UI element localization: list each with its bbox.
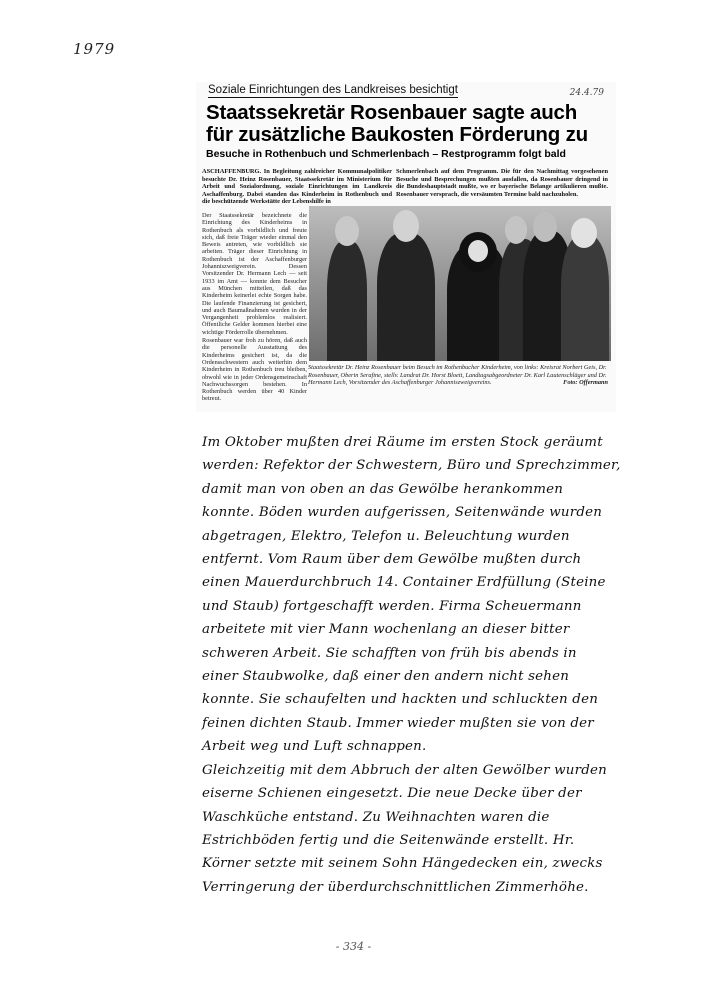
photo-credit: Foto: Offermann <box>563 379 608 387</box>
caption-text: Staatssekretär Dr. Heinz Rosenbauer beim… <box>308 364 607 386</box>
newspaper-clipping: Soziale Einrichtungen des Landkreises be… <box>196 82 616 412</box>
handwritten-line: konnte. Böden wurden aufgerissen, Seiten… <box>202 501 642 524</box>
clipping-kicker: Soziale Einrichtungen des Landkreises be… <box>208 84 458 98</box>
handwritten-line: damit man von oben an das Gewölbe herank… <box>202 478 642 501</box>
nun-face <box>468 240 488 262</box>
photo-caption: Staatssekretär Dr. Heinz Rosenbauer beim… <box>308 364 608 387</box>
year-label: 1979 <box>73 40 115 58</box>
person-head <box>505 216 527 244</box>
clipping-headline: Staatssekretär Rosenbauer sagte auch für… <box>206 102 616 146</box>
kicker-row: Soziale Einrichtungen des Landkreises be… <box>196 82 616 98</box>
handwritten-line: feinen dichten Staub. Immer wieder mußte… <box>202 712 642 735</box>
group-photo <box>309 206 611 361</box>
lead-paragraph-right: Schmerlenbach auf dem Programm. Die für … <box>396 168 608 198</box>
page-number: - 334 - <box>0 940 707 953</box>
handwritten-line: Verringerung der überdurchschnittlichen … <box>202 876 642 899</box>
handwritten-line: Arbeit weg und Luft schnappen. <box>202 735 642 758</box>
lead-paragraph-left: ASCHAFFENBURG. In Begleitung zahlreicher… <box>202 168 392 206</box>
handwritten-line: schweren Arbeit. Sie schafften von früh … <box>202 642 642 665</box>
handwritten-line: werden: Refektor der Schwestern, Büro un… <box>202 454 642 477</box>
handwritten-line: Waschküche entstand. Zu Weihnachten ware… <box>202 806 642 829</box>
body-paragraph: Der Staatssekretär bezeichnete die Einri… <box>202 212 307 336</box>
handwritten-line: konnte. Sie schaufelten und hackten und … <box>202 688 642 711</box>
body-paragraph: Rosenbauer war froh zu hören, daß auch d… <box>202 337 307 403</box>
handwritten-line: Estrichböden fertig und die Seitenwände … <box>202 829 642 852</box>
clipping-subhead: Besuche in Rothenbuch und Schmerlenbach … <box>206 148 616 160</box>
handwritten-line: arbeitete mit vier Mann wochenlang an di… <box>202 618 642 641</box>
person-head <box>393 210 419 242</box>
handwritten-line: einer Staubwolke, daß einer den andern n… <box>202 665 642 688</box>
handwritten-line: und Staub) fortgeschafft werden. Firma S… <box>202 595 642 618</box>
handwritten-line: eiserne Schienen eingesetzt. Die neue De… <box>202 782 642 805</box>
person-head <box>571 218 597 248</box>
headline-line-2: für zusätzliche Baukosten Förderung zu <box>206 124 616 146</box>
person-figure <box>327 241 367 361</box>
person-figure <box>377 233 435 361</box>
clipping-date-note: 24.4.79 <box>570 88 604 98</box>
handwritten-line: abgetragen, Elektro, Telefon u. Beleucht… <box>202 525 642 548</box>
headline-line-1: Staatssekretär Rosenbauer sagte auch <box>206 102 616 124</box>
person-head <box>533 212 557 242</box>
handwritten-line: entfernt. Vom Raum über dem Gewölbe mußt… <box>202 548 642 571</box>
handwritten-line: einen Mauerdurchbruch 14. Container Erdf… <box>202 571 642 594</box>
handwritten-line: Körner setzte mit seinem Sohn Hängedecke… <box>202 852 642 875</box>
handwritten-line: Im Oktober mußten drei Räume im ersten S… <box>202 431 642 454</box>
handwritten-line: Gleichzeitig mit dem Abbruch der alten G… <box>202 759 642 782</box>
person-head <box>335 216 359 246</box>
handwritten-text-block: Im Oktober mußten drei Räume im ersten S… <box>202 431 642 899</box>
person-figure <box>561 235 609 361</box>
article-body-column: Der Staatssekretär bezeichnete die Einri… <box>202 212 307 404</box>
